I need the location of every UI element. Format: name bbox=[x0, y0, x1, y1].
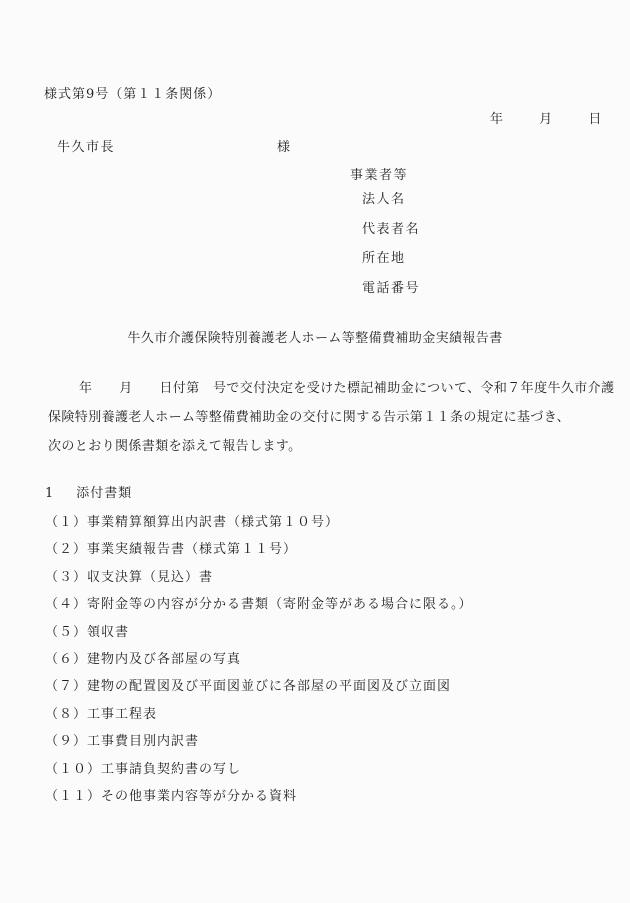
form-number: 様式第9号（第１１条関係） bbox=[44, 83, 221, 102]
attachments-heading-number: 1 bbox=[45, 486, 54, 501]
attachment-item: （９）工事費目別内訳書 bbox=[45, 728, 473, 755]
attachment-item: （１）事業精算額算出内訳書（様式第１０号） bbox=[45, 509, 473, 536]
attachment-item: （７）建物の配置図及び平面図並びに各部屋の平面図及び立面図 bbox=[45, 673, 473, 700]
document-title: 牛久市介護保険特別養護老人ホーム等整備費補助金実績報告書 bbox=[0, 327, 630, 346]
document-page: 様式第9号（第１１条関係） 年 月 日 牛久市長 様 事業者等 法人名 代表者名… bbox=[0, 0, 630, 903]
recipient-name: 牛久市長 bbox=[57, 136, 115, 155]
attachment-item: （８）工事工程表 bbox=[45, 701, 473, 728]
body-paragraph-line: 年 月 日付第 号で交付決定を受けた標記補助金について、令和７年度牛久市介護 bbox=[48, 374, 578, 403]
attachment-item: （２）事業実績報告書（様式第１１号） bbox=[45, 536, 473, 563]
field-label-corporate-name: 法人名 bbox=[362, 190, 420, 220]
date-day-label: 日 bbox=[588, 112, 602, 127]
attachments-heading: 1添付書類 bbox=[45, 482, 132, 501]
attachments-heading-label: 添付書類 bbox=[76, 486, 132, 501]
field-label-address: 所在地 bbox=[362, 249, 420, 279]
body-paragraph: 年 月 日付第 号で交付決定を受けた標記補助金について、令和７年度牛久市介護 保… bbox=[48, 374, 578, 461]
attachments-list: （１）事業精算額算出内訳書（様式第１０号） （２）事業実績報告書（様式第１１号）… bbox=[45, 509, 473, 810]
body-paragraph-line: 次のとおり関係書類を添えて報告します。 bbox=[48, 432, 578, 461]
field-label-phone-number: 電話番号 bbox=[362, 279, 420, 309]
body-paragraph-line: 保険特別養護老人ホーム等整備費補助金の交付に関する告示第１１条の規定に基づき、 bbox=[48, 403, 578, 432]
business-entity-label: 事業者等 bbox=[350, 164, 408, 183]
attachment-item: （１１）その他事業内容等が分かる資料 bbox=[45, 783, 473, 810]
attachment-item: （４）寄附金等の内容が分かる書類（寄附金等がある場合に限る。） bbox=[45, 591, 473, 618]
date-year-label: 年 bbox=[490, 112, 504, 127]
field-label-representative-name: 代表者名 bbox=[362, 220, 420, 250]
date-month-label: 月 bbox=[539, 112, 553, 127]
business-fields: 法人名 代表者名 所在地 電話番号 bbox=[362, 190, 420, 308]
recipient-honorific: 様 bbox=[277, 136, 291, 155]
attachment-item: （５）領収書 bbox=[45, 619, 473, 646]
attachment-item: （６）建物内及び各部屋の写真 bbox=[45, 646, 473, 673]
date-line: 年 月 日 bbox=[490, 108, 602, 127]
attachment-item: （１０）工事請負契約書の写し bbox=[45, 756, 473, 783]
attachment-item: （３）収支決算（見込）書 bbox=[45, 564, 473, 591]
